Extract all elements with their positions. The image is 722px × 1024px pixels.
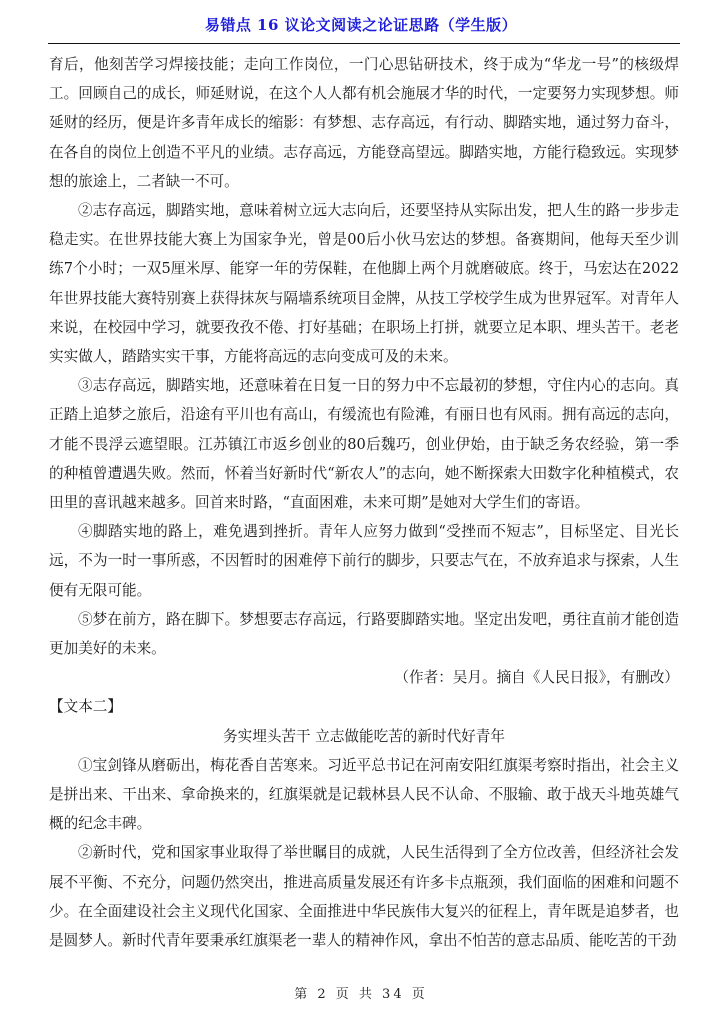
text2-section-label: 【文本二】 — [49, 692, 679, 721]
text2-paragraph-1: ①宝剑锋从磨砺出，梅花香自苦寒来。习近平总书记在河南安阳红旗渠考察时指出，社会主… — [49, 751, 679, 839]
page-number-footer: 第 2 页 共 34 页 — [0, 983, 722, 1002]
text2-article-title: 务实埋头苦干 立志做能吃苦的新时代好青年 — [49, 722, 679, 751]
text1-paragraph-5: ⑤梦在前方，路在脚下。梦想要志存高远，行路要脚踏实地。坚定出发吧，勇往直前才能创… — [49, 605, 679, 663]
document-body: 育后，他刻苦学习焊接技能；走向工作岗位，一门心思钻研技术，终于成为“华龙一号”的… — [49, 50, 679, 955]
text1-paragraph-continued: 育后，他刻苦学习焊接技能；走向工作岗位，一门心思钻研技术，终于成为“华龙一号”的… — [49, 50, 679, 196]
text1-source-attribution: （作者：吴月。摘自《人民日报》，有删改） — [49, 663, 679, 692]
header-divider — [48, 43, 680, 44]
text2-paragraph-2: ②新时代，党和国家事业取得了举世瞩目的成就，人民生活得到了全方位改善，但经济社会… — [49, 838, 679, 955]
document-header-title: 易错点 16 议论文阅读之论证思路（学生版） — [0, 14, 722, 35]
text1-paragraph-3: ③志存高远，脚踏实地，还意味着在日复一日的努力中不忘最初的梦想，守住内心的志向。… — [49, 371, 679, 517]
text1-paragraph-2: ②志存高远，脚踏实地，意味着树立远大志向后，还要坚持从实际出发，把人生的路一步步… — [49, 196, 679, 371]
text1-paragraph-4: ④脚踏实地的路上，难免遇到挫折。青年人应努力做到“受挫而不短志”，目标坚定、目光… — [49, 517, 679, 605]
